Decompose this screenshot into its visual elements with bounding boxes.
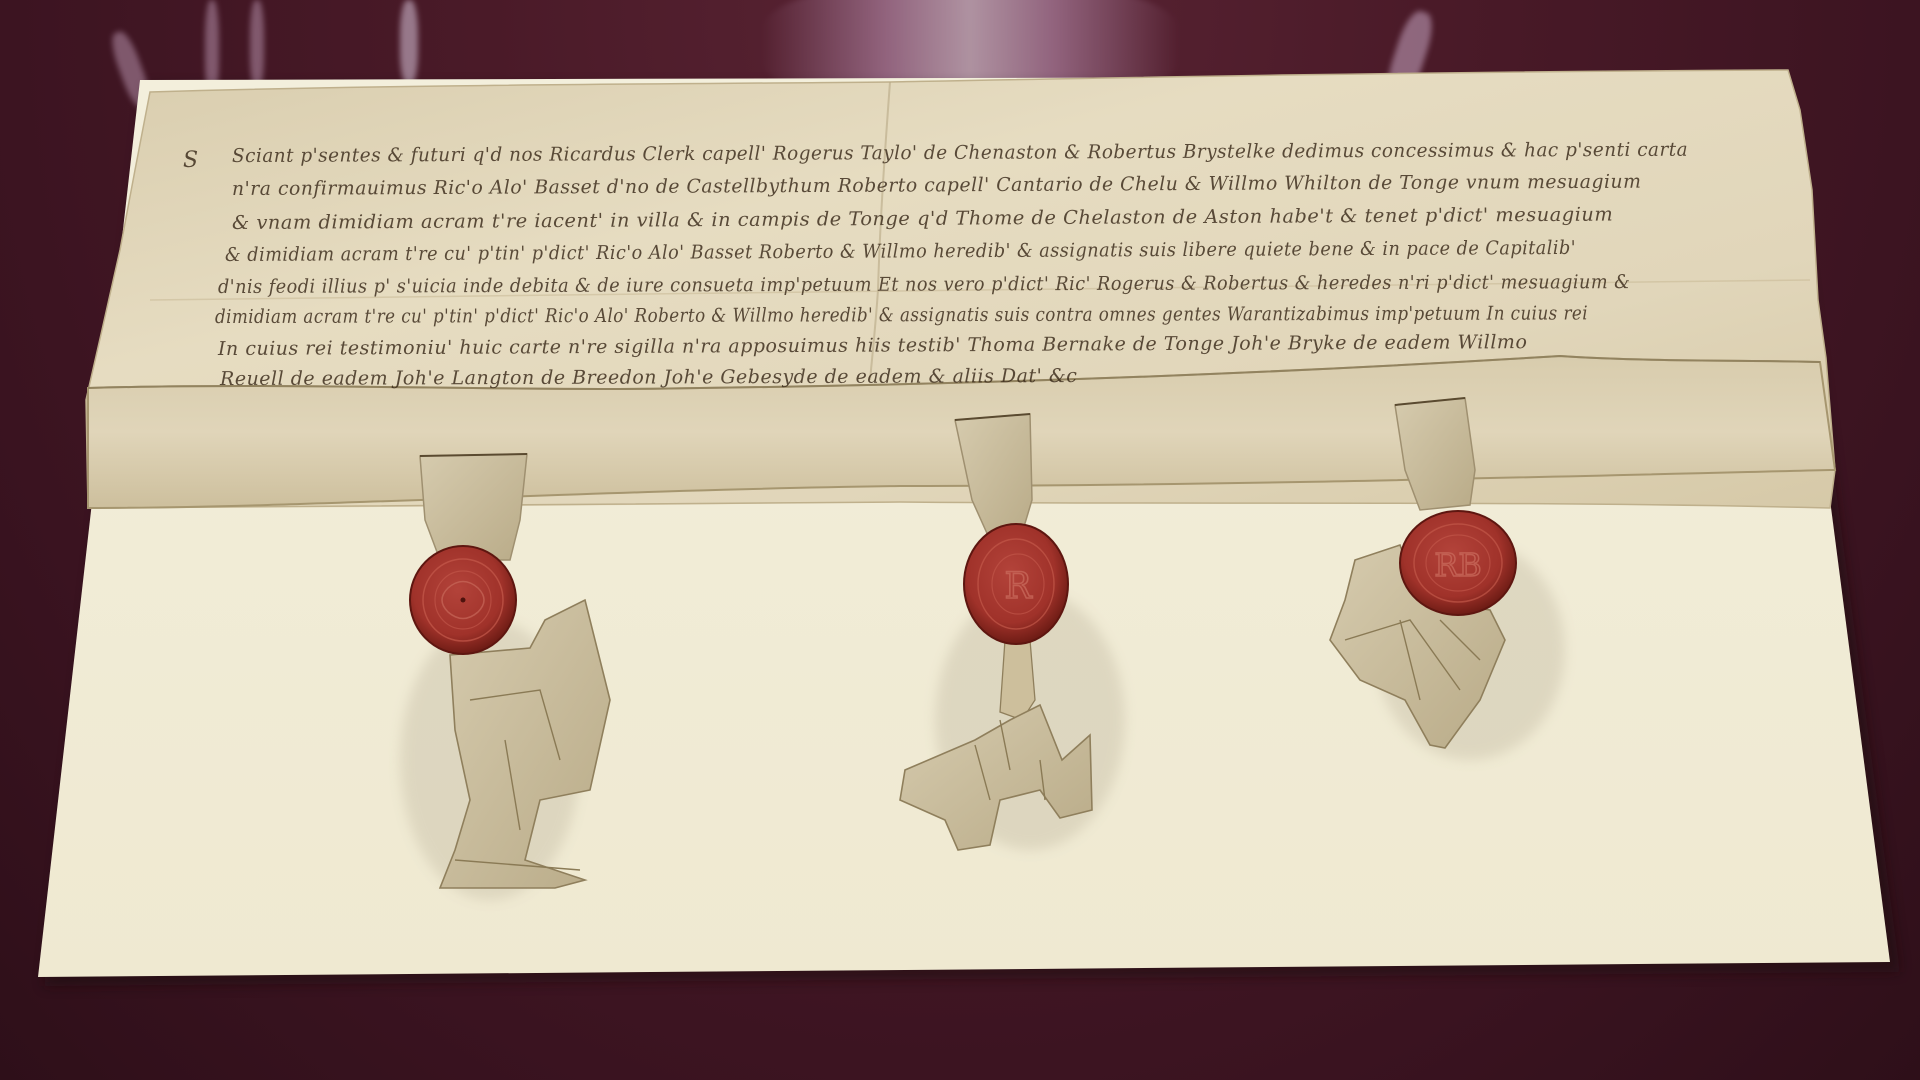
text-line-8: Reuell de eadem Joh'e Langton de Breedon… (220, 365, 1077, 390)
text-line-6: dimidiam acram t're cu' p'tin' p'dict' R… (215, 302, 1588, 328)
seal-center-device: R (1004, 566, 1032, 607)
photo-scene: R RB S Sciant p'sentes & futuri q'd nos … (0, 0, 1920, 1080)
margin-mark: S (183, 148, 199, 173)
seal-right-device: RB (1434, 546, 1482, 584)
